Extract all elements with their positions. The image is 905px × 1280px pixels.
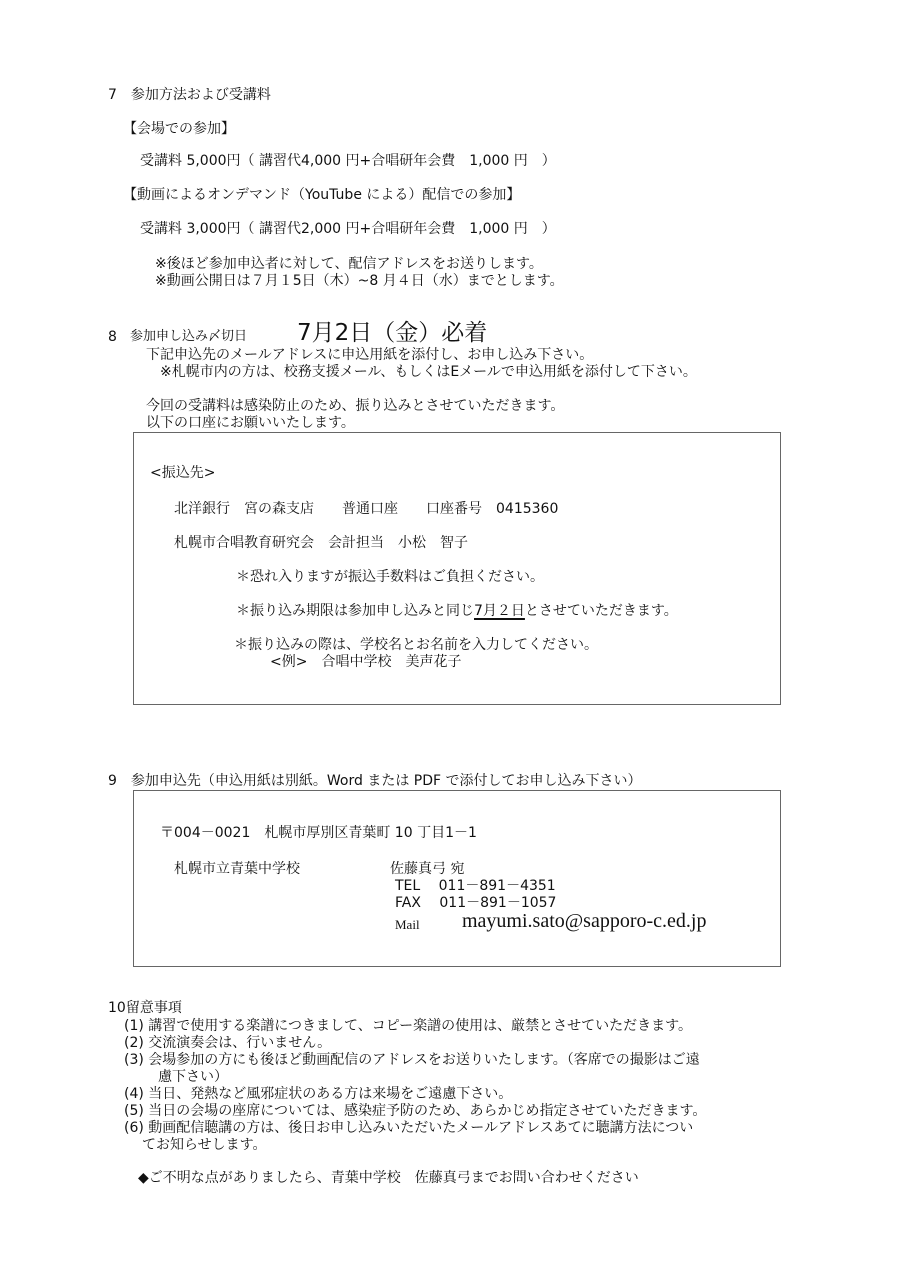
transfer-note-2: ＊振り込み期限は参加申し込みと同じ7月２日とさせていただきます。 bbox=[236, 603, 678, 619]
transfer-note-2-post: とさせていただきます。 bbox=[525, 603, 678, 619]
section8-deadline: 7月2日（金）必着 bbox=[297, 320, 487, 346]
section8-line-1: 下記申込先のメールアドレスに申込用紙を添付し、お申し込み下さい。 bbox=[146, 347, 593, 363]
online-title: 【動画によるオンデマンド（YouTube による）配信での参加】 bbox=[123, 187, 520, 203]
venue-title: 【会場での参加】 bbox=[123, 121, 235, 137]
recipient-name: 佐藤真弓 宛 bbox=[390, 861, 464, 877]
section8-number: 8 bbox=[108, 329, 117, 345]
section8-line-3: 今回の受講料は感染防止のため、振り込みとさせていただきます。 bbox=[146, 398, 564, 414]
transfer-note-1: ＊恐れ入りますが振込手数料はご負担ください。 bbox=[236, 569, 544, 585]
notice-item-6: (6) 動画配信聴講の方は、後日お申し込みいただいたメールアドレスあてに聴講方法… bbox=[124, 1120, 693, 1136]
transfer-example: <例> 合唱中学校 美声花子 bbox=[270, 654, 461, 670]
notice-item-3: (3) 会場参加の方にも後ほど動画配信のアドレスをお送りいたします。（客席での撮… bbox=[124, 1052, 700, 1068]
school-name: 札幌市立青葉中学校 bbox=[174, 861, 300, 877]
section10-heading: 10留意事項 bbox=[108, 1000, 182, 1016]
contact-note: ◆ご不明な点がありましたら、青葉中学校 佐藤真弓までお問い合わせください bbox=[138, 1170, 639, 1186]
transfer-title: <振込先> bbox=[150, 465, 215, 481]
postal-address: 〒004－0021 札幌市厚別区青葉町 10 丁目1－1 bbox=[160, 825, 477, 841]
tel-number: TEL 011－891－4351 bbox=[395, 878, 556, 894]
notice-item-6-cont: てお知らせします。 bbox=[142, 1137, 266, 1153]
application-address-box: 〒004－0021 札幌市厚別区青葉町 10 丁目1－1 札幌市立青葉中学校 佐… bbox=[133, 790, 781, 967]
transfer-note-2-pre: ＊振り込み期限は参加申し込みと同じ bbox=[236, 603, 474, 619]
section8-line-4: 以下の口座にお願いいたします。 bbox=[146, 415, 355, 431]
section8-line-2: ※札幌市内の方は、校務支援メール、もしくはEメールで申込用紙を添付して下さい。 bbox=[160, 364, 697, 380]
notice-item-2: (2) 交流演奏会は、行いません。 bbox=[124, 1035, 331, 1051]
transfer-info-box: <振込先> 北洋銀行 宮の森支店 普通口座 口座番号 0415360 札幌市合唱… bbox=[133, 432, 781, 705]
online-note-2: ※動画公開日は７月１5日（木）~8 月４日（水）までとします。 bbox=[155, 273, 564, 289]
online-note-1: ※後ほど参加申込者に対して、配信アドレスをお送りします。 bbox=[155, 256, 543, 272]
transfer-bank: 北洋銀行 宮の森支店 普通口座 口座番号 0415360 bbox=[174, 501, 558, 517]
venue-fee: 受講料 5,000円（ 講習代4,000 円+合唱研年会費 1,000 円 ） bbox=[140, 153, 556, 169]
transfer-deadline-date: 7月２日 bbox=[474, 603, 525, 619]
section9-heading: 9 参加申込先（申込用紙は別紙。Word または PDF で添付してお申し込み下… bbox=[108, 773, 642, 789]
transfer-note-3: ＊振り込みの際は、学校名とお名前を入力してください。 bbox=[234, 637, 598, 653]
online-fee: 受講料 3,000円（ 講習代2,000 円+合唱研年会費 1,000 円 ） bbox=[140, 221, 556, 237]
transfer-holder: 札幌市合唱教育研究会 会計担当 小松 智子 bbox=[174, 535, 468, 551]
section7-heading: 7 参加方法および受講料 bbox=[108, 87, 271, 103]
section8-label: 参加申し込み〆切日 bbox=[130, 329, 247, 345]
notice-item-5: (5) 当日の会場の座席については、感染症予防のため、あらかじめ指定させていただ… bbox=[124, 1103, 706, 1119]
notice-item-3-cont: 慮下さい） bbox=[158, 1069, 228, 1085]
notice-item-4: (4) 当日、発熱など風邪症状のある方は来場をご遠慮下さい。 bbox=[124, 1086, 512, 1102]
mail-label: Mail bbox=[395, 917, 420, 933]
notice-item-1: (1) 講習で使用する楽譜につきまして、コピー楽譜の使用は、厳禁とさせていただき… bbox=[124, 1018, 692, 1034]
email-link[interactable]: mayumi.sato@sapporo-c.ed.jp bbox=[462, 909, 706, 933]
